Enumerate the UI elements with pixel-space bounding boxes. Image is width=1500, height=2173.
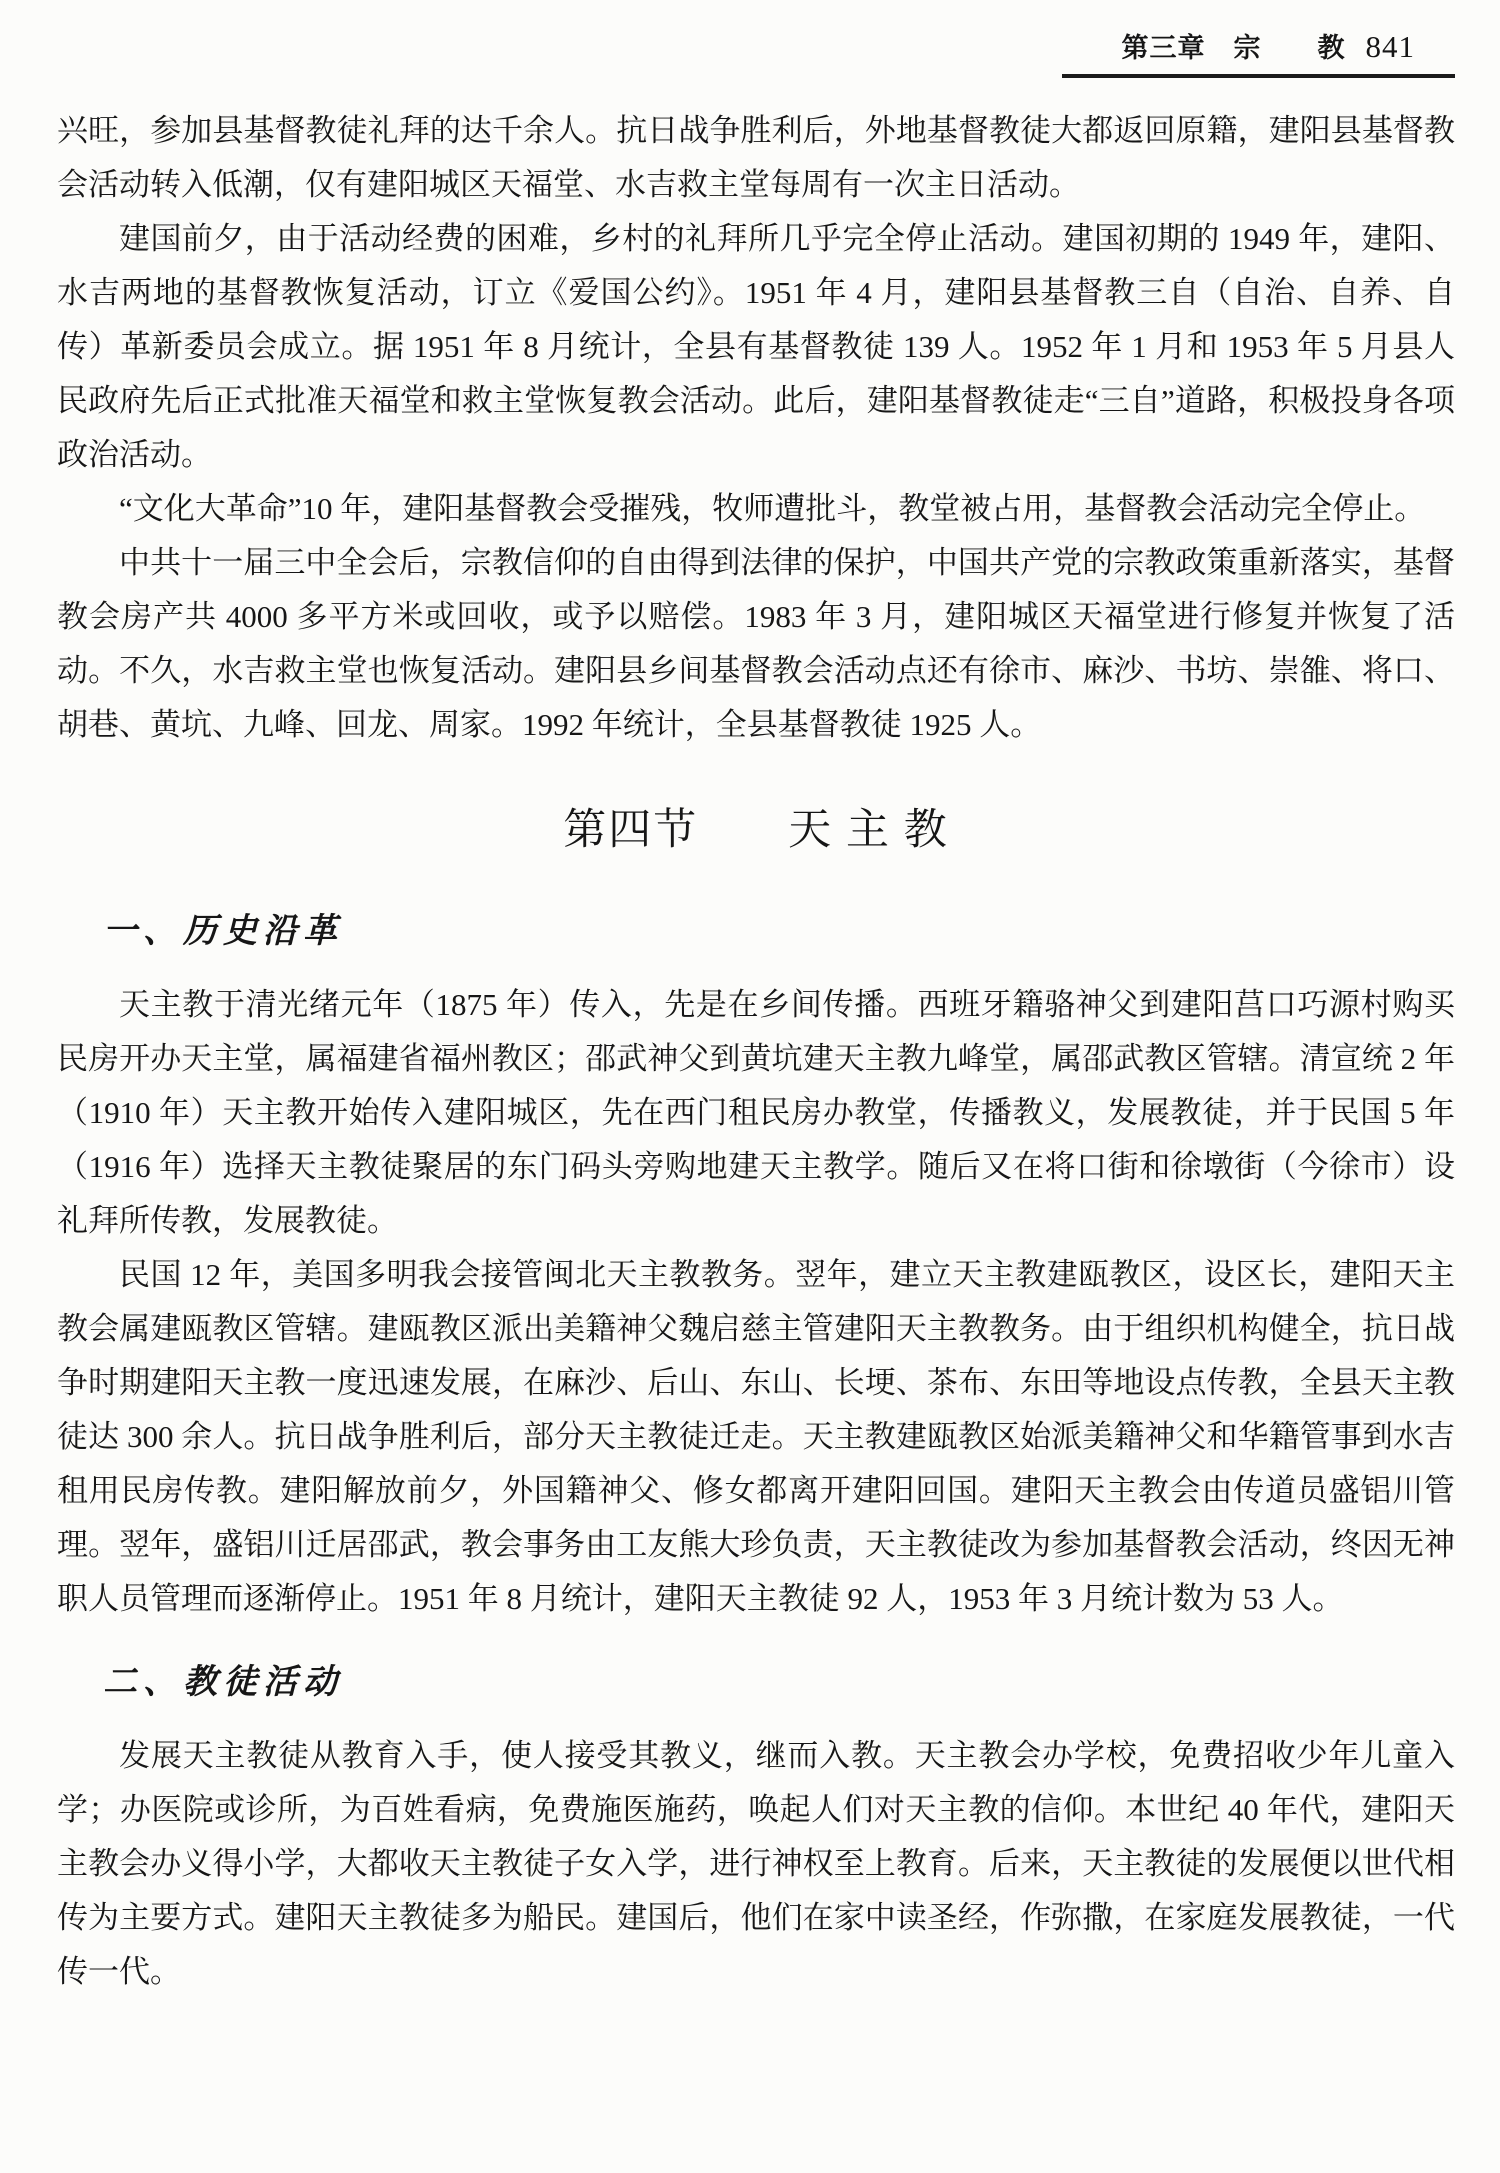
paragraph: 兴旺，参加县基督教徒礼拜的达千余人。抗日战争胜利后，外地基督教徒大都返回原籍，建… (57, 104, 1455, 212)
chapter-heading: 第三章 宗 教 (1122, 26, 1346, 65)
section-title: 第四节 天 主 教 (57, 796, 1455, 857)
paragraph: 民国 12 年，美国多明我会接管闽北天主教教务。翌年，建立天主教建瓯教区，设区长… (57, 1248, 1455, 1626)
paragraph: “文化大革命”10 年，建阳基督教会受摧残，牧师遭批斗，教堂被占用，基督教会活动… (57, 482, 1455, 536)
paragraph: 中共十一届三中全会后，宗教信仰的自由得到法律的保护，中国共产党的宗教政策重新落实… (57, 536, 1455, 752)
page-header: 第三章 宗 教 841 (57, 26, 1455, 78)
paragraph: 天主教于清光绪元年（1875 年）传入，先是在乡间传播。西班牙籍骆神父到建阳莒口… (57, 978, 1455, 1248)
paragraph: 建国前夕，由于活动经费的困难，乡村的礼拜所几乎完全停止活动。建国初期的 1949… (57, 212, 1455, 482)
subheading: 一、历史沿革 (103, 903, 1455, 952)
page-number: 841 (1366, 29, 1416, 65)
page-body: 兴旺，参加县基督教徒礼拜的达千余人。抗日战争胜利后，外地基督教徒大都返回原籍，建… (57, 104, 1455, 1999)
scanned-book-page: 第三章 宗 教 841 兴旺，参加县基督教徒礼拜的达千余人。抗日战争胜利后，外地… (0, 0, 1500, 2173)
subheading: 二、教徒活动 (103, 1654, 1455, 1703)
running-head: 第三章 宗 教 841 (1062, 26, 1456, 78)
paragraph: 发展天主教徒从教育入手，使人接受其教义，继而入教。天主教会办学校，免费招收少年儿… (57, 1729, 1455, 1999)
